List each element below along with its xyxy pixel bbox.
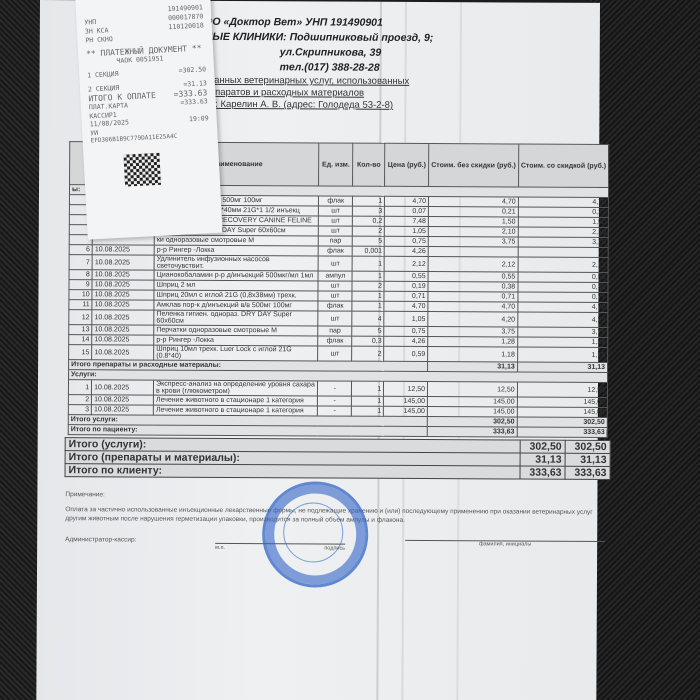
name-line: фамилия, инициалы (405, 540, 605, 548)
receipt-line-value: 110120018 (168, 21, 204, 32)
clinic-stamp (262, 481, 369, 588)
row-cost-discount: 0,71 (518, 292, 608, 302)
grand-total-label: Итого по клиенту: (65, 464, 520, 479)
row-price: 4,70 (384, 301, 428, 311)
row-name: Экспресс-анализ на определение уровня са… (154, 380, 318, 396)
row-qty: 0,001 (352, 246, 384, 256)
row-price: 145,00 (384, 396, 428, 406)
row-cost: 1,18 (428, 347, 518, 362)
row-number: 10 (69, 290, 92, 300)
row-cost-discount: 1,50 (518, 217, 608, 227)
row-price: 4,70 (385, 196, 429, 206)
row-cost: 145,00 (427, 397, 517, 407)
payment-receipt: 191490901УНП000017870ЗН КСА110120018РН С… (75, 0, 223, 240)
row-price: 1,05 (385, 226, 429, 236)
row-number: 6 (69, 245, 92, 255)
row-number: 3 (68, 405, 91, 415)
row-cost: 3,75 (428, 327, 518, 337)
row-date: 10.08.2025 (92, 290, 154, 300)
qr-code-icon (123, 153, 161, 187)
row-qty: 1 (353, 196, 385, 206)
row-name: Удлинитель инфузионных насосов светочувс… (154, 255, 318, 271)
row-unit: шт (318, 346, 352, 361)
client-line: ец: Карелин А. В. (адрес: Голодеда 53-2-… (204, 99, 409, 112)
patient-total-cost-discount: 333,63 (517, 427, 607, 437)
row-qty: 1 (352, 381, 384, 396)
grand-total-cost-discount: 31,13 (565, 453, 610, 466)
row-cost: 0,71 (428, 292, 518, 302)
grand-total-cost: 333,63 (520, 466, 565, 479)
row-unit: шт (319, 206, 353, 216)
row-cost-discount (518, 247, 608, 257)
row-cost: 1,28 (428, 337, 518, 347)
row-qty: 3 (352, 206, 384, 216)
row-cost-discount: 3,75 (517, 327, 607, 337)
row-price: 7,48 (385, 216, 429, 226)
row-cost: 4,20 (428, 312, 518, 327)
row-unit: шт (319, 226, 353, 236)
row-cost-discount: 2,10 (518, 227, 608, 237)
row-price: 4,26 (384, 336, 428, 346)
row-number: 11 (69, 300, 92, 310)
row-cost-discount: 3,75 (518, 237, 608, 247)
row-date: 10.08.2025 (92, 345, 154, 360)
row-qty: 5 (352, 236, 384, 246)
row-cost: 2,10 (428, 227, 518, 237)
row-cost-discount: 2,12 (518, 257, 608, 272)
row-unit: флак (318, 301, 352, 311)
row-cost-discount: 1,18 (517, 347, 607, 362)
row-price: 0,75 (384, 326, 428, 336)
row-qty: 5 (352, 326, 384, 336)
row-date: 10.08.2025 (92, 245, 154, 255)
row-date: 10.08.2025 (92, 300, 154, 310)
stamp-inner-ring (283, 502, 343, 562)
row-name: Пеленка гигиен. однораз. DRY DAY Super 6… (154, 310, 318, 326)
row-unit: пар (319, 236, 353, 246)
row-qty: 1 (352, 301, 384, 311)
grand-total-row: Итого по клиенту:333,63333,63 (65, 464, 610, 480)
receipt-section-1: 1 СЕКЦИЯ =302.50 (87, 65, 206, 80)
title-line-1: азанных ветеринарных услуг, использованн… (205, 75, 410, 88)
row-unit: шт (318, 291, 352, 301)
row-cost-discount: 145,00 (517, 397, 607, 407)
row-cost-discount: 1,28 (517, 337, 607, 347)
col-cost-discount: Стоим. со скидкой (руб.) (518, 144, 609, 187)
row-cost: 3,75 (428, 237, 518, 247)
patient-total-cost: 333,63 (427, 427, 517, 437)
clinic-name: ЭО «Доктор Вет» УНП 191490901 (205, 15, 434, 31)
row-price: 0,59 (384, 346, 428, 361)
row-price: 0,55 (384, 271, 428, 281)
col-cost: Стоим. без скидки (руб.) (429, 144, 519, 187)
row-price: 0,75 (385, 236, 429, 246)
col-unit: Ед. изм. (319, 143, 353, 186)
row-date: 10.08.2025 (92, 405, 154, 415)
col-qty: Кол-во (353, 143, 386, 186)
row-cost-discount: 4,20 (517, 312, 607, 327)
row-unit: - (318, 406, 352, 416)
clinic-address: НЫЕ КЛИНИКИ: Подшипниковый проезд, 9; (205, 30, 434, 46)
row-cost: 2,12 (428, 257, 518, 272)
row-number: 12 (69, 310, 92, 325)
row-cost-discount: 4,70 (518, 197, 608, 207)
row-number: 7 (69, 255, 92, 270)
row-date: 10.08.2025 (92, 270, 154, 280)
grand-totals-table: Итого (услуги):302,50302,50Итого (препар… (65, 437, 611, 480)
row-price: 0,07 (385, 206, 429, 216)
row-price: 0,71 (384, 291, 428, 301)
row-date: 10.08.2025 (92, 395, 154, 405)
receipt-section-1-label: 1 СЕКЦИЯ (87, 70, 119, 81)
row-date: 10.08.2025 (92, 310, 154, 325)
row-name: Шприц 10мл трехк. Luer Lock с иглой 21G … (154, 345, 318, 361)
row-number: 15 (69, 345, 92, 360)
row-price: 2,12 (384, 256, 428, 271)
grand-total-cost: 302,50 (520, 440, 565, 453)
row-price: 1,05 (384, 311, 428, 326)
row-qty: 1 (352, 271, 384, 281)
clinic-address-2: ул.Скрипникова, 39 (205, 45, 434, 61)
patient-total-label: Итого по пациенту: (68, 425, 427, 437)
name-label: фамилия, инициалы (479, 541, 531, 547)
row-cost: 4,70 (429, 197, 519, 207)
row-qty: 1 (352, 291, 384, 301)
clinic-header: ЭО «Доктор Вет» УНП 191490901 НЫЕ КЛИНИК… (205, 15, 434, 76)
row-number: 1 (68, 380, 91, 395)
receipt-section-1-amount: =302.50 (178, 65, 206, 75)
row-unit: - (318, 396, 352, 406)
row-unit: - (318, 381, 352, 396)
row-unit: флак (319, 246, 353, 256)
row-cost: 0,55 (428, 272, 518, 282)
col-price: Цена (руб.) (385, 143, 429, 186)
row-cost: 145,00 (427, 407, 517, 417)
row-date: 10.08.2025 (92, 335, 154, 345)
row-price: 12,50 (384, 381, 428, 396)
row-cost-discount: 0,55 (518, 272, 608, 282)
row-unit: флак (318, 336, 352, 346)
row-price: 4,26 (385, 246, 429, 256)
row-cost-discount: 0,21 (518, 207, 608, 217)
row-number: 8 (69, 270, 92, 280)
row-cost: 12,50 (428, 382, 518, 397)
grand-total-cost-discount: 302,50 (565, 440, 610, 453)
row-cost: 4,70 (428, 302, 518, 312)
row-unit: шт (319, 216, 353, 226)
row-price: 0,19 (384, 281, 428, 291)
row-qty: 1 (352, 256, 384, 271)
patient-total: Итого по пациенту:333,63333,63 (68, 425, 607, 438)
row-qty: 1 (351, 406, 383, 416)
row-cost: 0,21 (428, 207, 518, 217)
row-unit: ампул (319, 271, 353, 281)
row-qty: 1 (351, 396, 383, 406)
receipt-payment-amount: =333.63 (180, 97, 208, 107)
row-cost: 1,50 (428, 217, 518, 227)
receipt-time: 19:09 (189, 114, 209, 124)
row-cost (428, 247, 518, 257)
row-date: 10.08.2025 (92, 325, 154, 335)
row-qty: 2 (352, 226, 384, 236)
row-cost: 0,38 (428, 282, 518, 292)
row-qty: 0,2 (352, 216, 384, 226)
row-cost-discount: 145,00 (517, 407, 607, 417)
row-date: 10.08.2025 (92, 280, 154, 290)
row-cost-discount: 4,70 (518, 302, 608, 312)
row-date: 10.08.2025 (92, 380, 154, 395)
stamp-place-label: м.п. (215, 545, 225, 551)
row-date: 10.08.2025 (92, 255, 154, 270)
grand-total-cost: 31,13 (520, 453, 565, 466)
signature-role: Администратор-кассир: (65, 536, 136, 543)
services-total-cost-discount: 302,50 (517, 417, 607, 427)
document-title: азанных ветеринарных услуг, использованн… (204, 75, 409, 112)
row-qty: 0,3 (352, 336, 384, 346)
title-line-2: репаратов и расходных материалов (204, 87, 409, 100)
row-number: 2 (68, 395, 91, 405)
row-number: 13 (69, 325, 92, 335)
row-number: 14 (69, 335, 92, 345)
grand-total-cost-discount: 333,63 (565, 466, 610, 479)
row-number: 9 (69, 280, 92, 290)
services-total-cost: 302,50 (427, 417, 517, 427)
row-unit: флак (319, 196, 353, 206)
row-unit: шт (318, 311, 352, 326)
row-unit: шт (318, 281, 352, 291)
materials-total-cost-discount: 31,13 (517, 362, 607, 372)
receipt-line-label: РН СКНО (85, 35, 113, 45)
row-unit: шт (319, 256, 353, 271)
row-cost-discount: 12,50 (517, 382, 607, 397)
materials-total-cost: 31,13 (428, 362, 518, 372)
row-cost-discount: 0,38 (518, 282, 608, 292)
row-qty: 2 (352, 346, 384, 361)
row-qty: 2 (352, 281, 384, 291)
row-qty: 4 (352, 311, 384, 326)
row-unit: пар (318, 326, 352, 336)
clinic-phone: тел.(017) 388-28-28 (205, 60, 434, 76)
row-price: 145,00 (384, 406, 428, 416)
